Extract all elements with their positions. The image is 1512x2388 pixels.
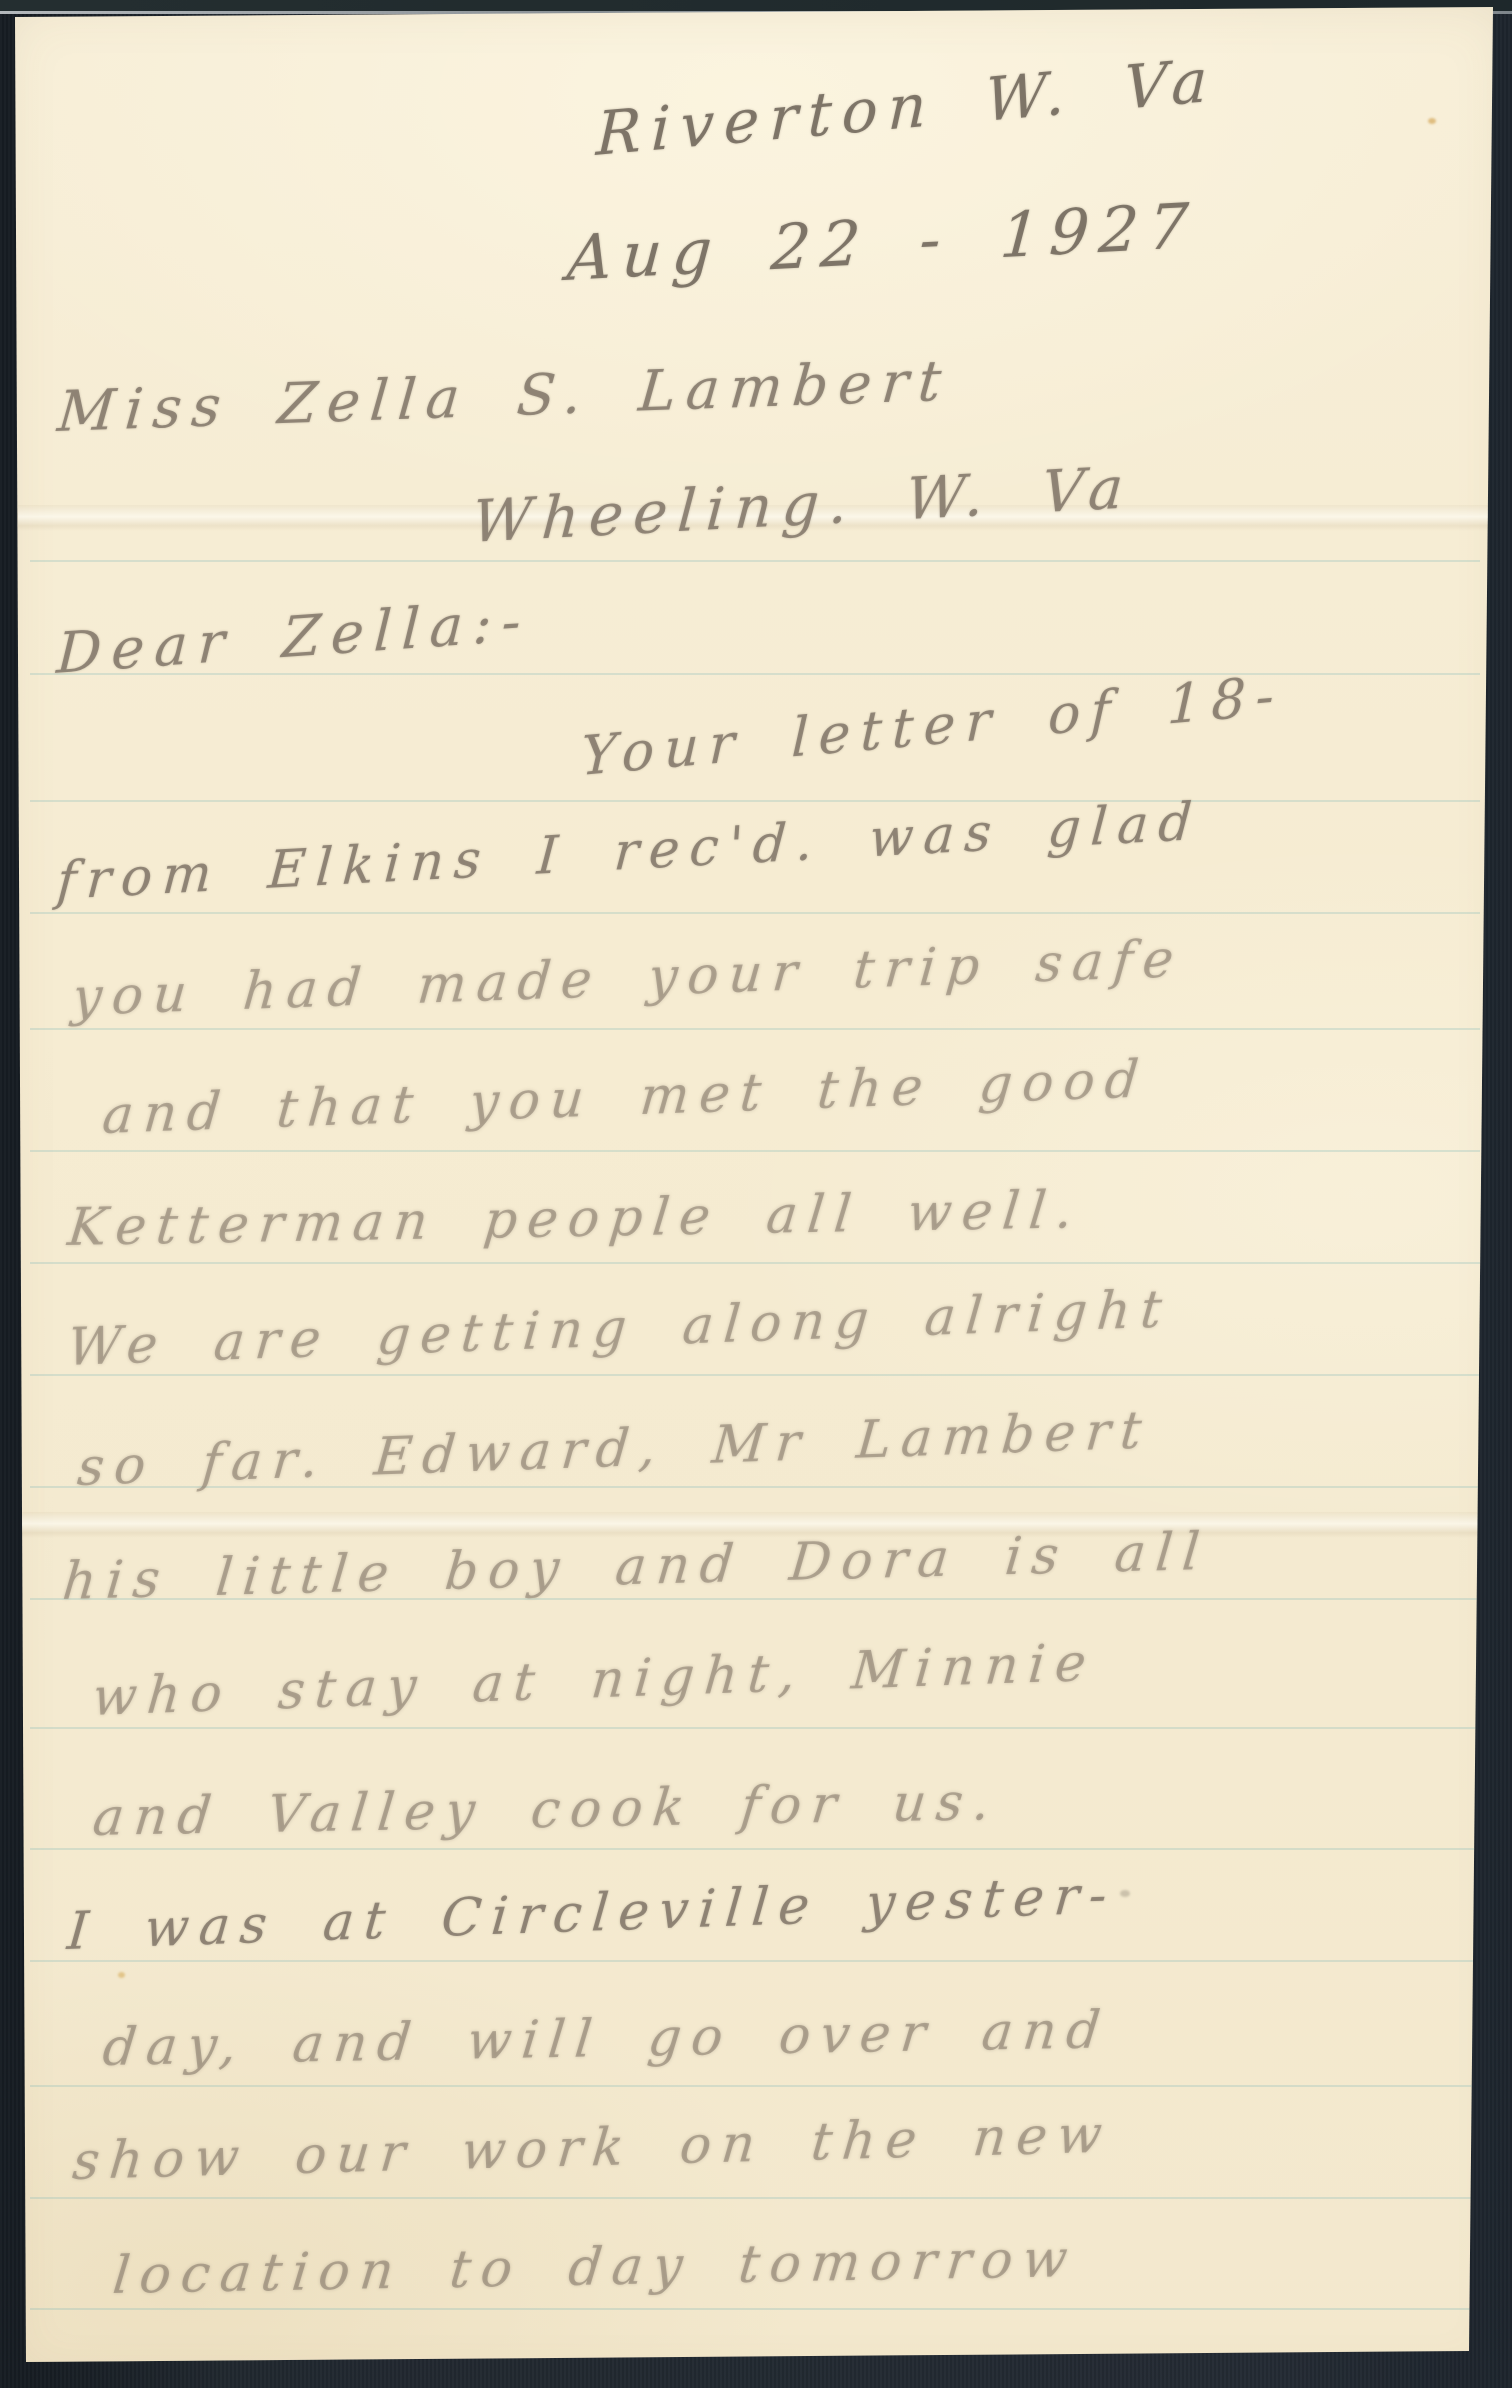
letter-date-line: Aug 22 - 1927 [565,189,1200,295]
letter-body-line: day, and will go over and [100,2000,1113,2078]
foxing-speck [118,1972,125,1978]
rule-line [30,1727,1480,1729]
letter-paper-sheet: Riverton W. Va Aug 22 - 1927 Miss Zella … [0,0,1512,2388]
letter-body-line: Ketterman people all well. [65,1180,1086,1258]
foxing-speck [1428,118,1436,124]
rule-line [30,912,1480,914]
letter-body-line: show our work on the new [70,2105,1115,2192]
rule-line [30,2308,1480,2310]
rule-line [30,1028,1480,1030]
letter-place-line: Riverton W. Va [595,45,1218,170]
rule-line [30,1262,1480,1264]
letter-recipient-name: Miss Zella S. Lambert [55,349,954,445]
letter-body-line: so far. Edward, Mr Lambert [75,1400,1154,1498]
rule-line [30,1960,1480,1962]
letter-body-line: who stay at night, Minnie [90,1633,1099,1728]
rule-line [30,2085,1480,2087]
letter-body-line: We are getting along alright [65,1279,1174,1378]
letter-body-line: you had made your trip safe [70,929,1186,1028]
letter-body-line: location to day tomorrow [110,2229,1080,2306]
letter-body-line: and that you met the good [100,1049,1151,1146]
letter-body-line: from Elkins I rec'd. was glad [55,792,1204,912]
letter-body-line: I was at Circleville yester- [65,1865,1119,1962]
rule-line [30,1150,1480,1152]
letter-body-line: and Valley cook for us. [90,1772,1003,1848]
letter-body-line: Your letter of 18- [580,663,1285,788]
rule-line [30,1848,1480,1850]
rule-line [30,1374,1480,1376]
rule-line [30,2197,1480,2199]
rule-line [30,560,1480,562]
letter-recipient-city: Wheeling. W. Va [470,453,1135,556]
rule-line [30,800,1480,802]
smudge-speck [1120,1890,1130,1897]
